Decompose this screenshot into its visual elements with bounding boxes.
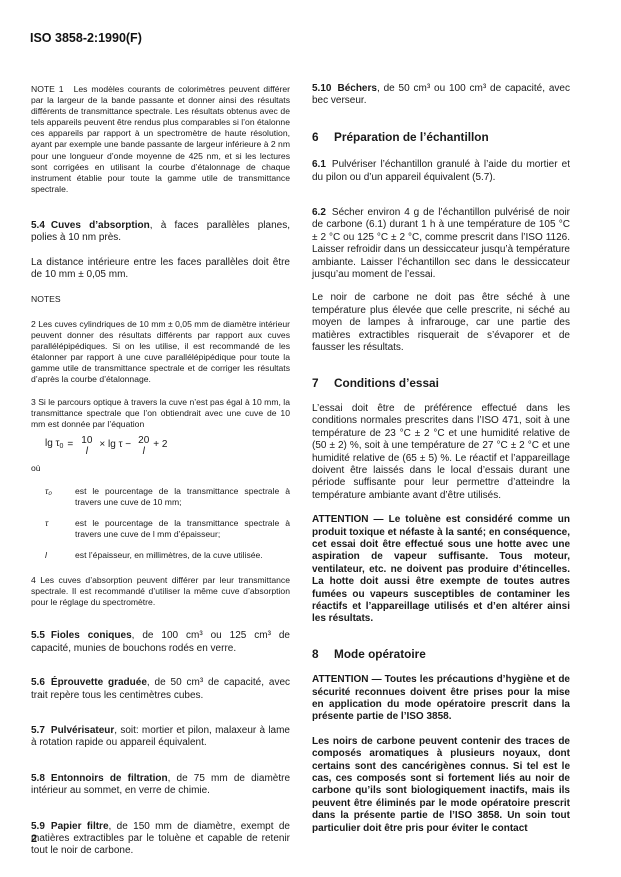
section-number: 5.4: [31, 220, 45, 231]
section-title: Cuves d’absorption: [51, 220, 150, 231]
note-4: 4 Les cuves d’absorption peuvent différe…: [31, 575, 290, 608]
definition-symbol: τ: [31, 518, 75, 540]
fraction-2: 20l: [138, 435, 149, 457]
page-number: 2: [31, 833, 37, 845]
note-2: 2 Les cuves cylindriques de 10 mm ± 0,05…: [31, 319, 290, 386]
document-id-header: ISO 3858-2:1990(F): [30, 31, 142, 45]
note-3: 3 Si le parcours optique à travers la cu…: [31, 397, 290, 430]
section-8-text: Les noirs de carbone peuvent contenir de…: [312, 736, 570, 835]
definition-tau: τ est le pourcentage de la transmittance…: [31, 518, 290, 540]
definition-l: l est l’épaisseur, en millimètres, de la…: [31, 550, 290, 561]
section-8-heading: 8Mode opératoire: [312, 648, 570, 660]
equation-equals: =: [67, 439, 73, 451]
section-5-4: 5.4Cuves d’absorption, à faces parallèle…: [31, 220, 290, 245]
equation-tail: + 2: [153, 439, 167, 451]
note-1-label: NOTE 1: [31, 84, 64, 94]
section-7-heading: 7Conditions d’essai: [312, 377, 570, 389]
section-5-4-para2: La distance intérieure entre les faces p…: [31, 257, 290, 282]
section-6-heading: 6Préparation de l’échantillon: [312, 131, 570, 143]
section-5-10: 5.10Béchers, de 50 cm³ ou 100 cm³ de cap…: [312, 83, 570, 108]
notes-heading: NOTES: [31, 294, 290, 305]
section-5-6: 5.6Éprouvette graduée, de 50 cm³ de capa…: [31, 677, 290, 702]
section-7-attention: ATTENTION — Le toluène est considéré com…: [312, 514, 570, 626]
note-1: NOTE 1Les modèles courants de colorimètr…: [31, 84, 290, 195]
equation-middle: × lg τ −: [99, 439, 131, 451]
definition-text: est le pourcentage de la transmittance s…: [75, 518, 290, 540]
left-column: NOTE 1Les modèles courants de colorimètr…: [31, 84, 290, 858]
definition-text: est le pourcentage de la transmittance s…: [75, 486, 290, 508]
equation-lhs: lg τ0: [45, 438, 63, 453]
note-1-text: Les modèles courants de colorimètres peu…: [31, 84, 290, 194]
section-5-9: 5.9Papier filtre, de 150 mm de diamètre,…: [31, 821, 290, 858]
section-6-2: 6.2Sécher environ 4 g de l’échantillon p…: [312, 207, 570, 281]
definition-text: est l’épaisseur, en millimètres, de la c…: [75, 550, 290, 561]
definition-symbol: l: [31, 550, 75, 561]
section-6-2-para2: Le noir de carbone ne doit pas être séch…: [312, 292, 570, 354]
equation: lg τ0 = 10l × lg τ − 20l + 2: [45, 431, 290, 461]
right-column: 5.10Béchers, de 50 cm³ ou 100 cm³ de cap…: [312, 83, 570, 835]
section-6-1: 6.1Pulvériser l’échantillon granulé à l’…: [312, 159, 570, 184]
where-label: où: [31, 463, 290, 474]
definition-tau0: τ₀ est le pourcentage de la transmittanc…: [31, 486, 290, 508]
section-5-5: 5.5Fioles coniques, de 100 cm³ ou 125 cm…: [31, 630, 290, 655]
section-5-7: 5.7Pulvérisateur, soit: mortier et pilon…: [31, 725, 290, 750]
definition-symbol: τ₀: [31, 486, 75, 508]
section-5-8: 5.8Entonnoirs de filtration, de 75 mm de…: [31, 773, 290, 798]
fraction-1: 10l: [81, 435, 92, 457]
section-8-attention: ATTENTION — Toutes les précautions d’hyg…: [312, 674, 570, 724]
section-7-text: L’essai doit être de préférence effectué…: [312, 403, 570, 502]
